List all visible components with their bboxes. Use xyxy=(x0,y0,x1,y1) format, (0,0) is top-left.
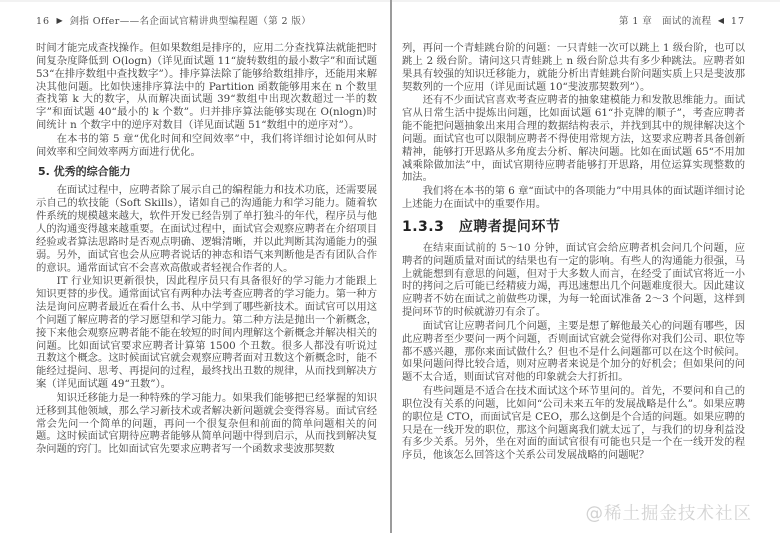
paragraph: 列，再问一个青蛙跳台阶的问题：一只青蛙一次可以跳上 1 级台阶，也可以跳上 2 … xyxy=(402,42,745,93)
paragraph: 我们将在本书的第 6 章“面试中的各项能力”中用具体的面试题详细讨论上述能力在面… xyxy=(402,185,745,211)
paragraph: IT 行业知识更新很快，因此程序员只有具备很好的学习能力才能跟上知识更替的步伐。… xyxy=(36,275,377,391)
section-heading: 5. 优秀的综合能力 xyxy=(38,166,377,179)
page-number-left: 16 xyxy=(36,16,50,27)
page-right: 第 1 章 面试的流程 ◀ 17 列，再问一个青蛙跳台阶的问题：一只青蛙一次可以… xyxy=(390,0,780,533)
paragraph: 还有不少面试官喜欢考查应聘者的抽象建模能力和发散思维能力。面试官从日常生活中提炼… xyxy=(402,94,745,184)
paragraph: 在本书的第 5 章“优化时间和空间效率”中，我们将详细讨论如何从时间效率和空间效… xyxy=(36,133,377,159)
paragraph: 面试官让应聘者问几个问题，主要是想了解他最关心的问题有哪些，因此应聘者至少要问一… xyxy=(402,320,745,384)
page-left: 16 ▶ 剑指 Offer——名企面试官精讲典型编程题（第 2 版） 时间才能完… xyxy=(0,0,390,533)
paragraph: 有些问题是不适合在技术面试这个环节里问的。首先，不要问和自己的职位没有关系的问题… xyxy=(402,385,745,462)
book-spread: 16 ▶ 剑指 Offer——名企面试官精讲典型编程题（第 2 版） 时间才能完… xyxy=(0,0,780,533)
paragraph: 知识迁移能力是一种特殊的学习能力。如果我们能够把已经掌握的知识迁移到其他领域，那… xyxy=(36,392,377,456)
right-page-body: 列，再问一个青蛙跳台阶的问题：一只青蛙一次可以跳上 1 级台阶，也可以跳上 2 … xyxy=(402,42,745,462)
triangle-left-icon: ◀ xyxy=(715,16,728,25)
section-heading: 1.3.3 应聘者提问环节 xyxy=(402,221,745,234)
chapter-title: 第 1 章 面试的流程 xyxy=(619,16,711,27)
book-title: 剑指 Offer——名企面试官精讲典型编程题（第 2 版） xyxy=(70,16,312,27)
page-number-right: 17 xyxy=(731,16,745,27)
paragraph: 时间才能完成查找操作。但如果数组是排序的，应用二分查找算法就能把时间复杂度降低到… xyxy=(36,42,377,132)
paragraph: 在结束面试前的 5～10 分钟，面试官会给应聘者机会问几个问题，应聘者的问题质量… xyxy=(402,242,745,319)
left-page-body: 时间才能完成查找操作。但如果数组是排序的，应用二分查找算法就能把时间复杂度降低到… xyxy=(36,42,377,456)
running-header-right: 第 1 章 面试的流程 ◀ 17 xyxy=(402,13,745,27)
paragraph: 在面试过程中，应聘者除了展示自己的编程能力和技术功底，还需要展示自己的软技能（S… xyxy=(36,184,377,274)
triangle-right-icon: ▶ xyxy=(54,16,67,25)
running-header-left: 16 ▶ 剑指 Offer——名企面试官精讲典型编程题（第 2 版） xyxy=(36,13,377,27)
